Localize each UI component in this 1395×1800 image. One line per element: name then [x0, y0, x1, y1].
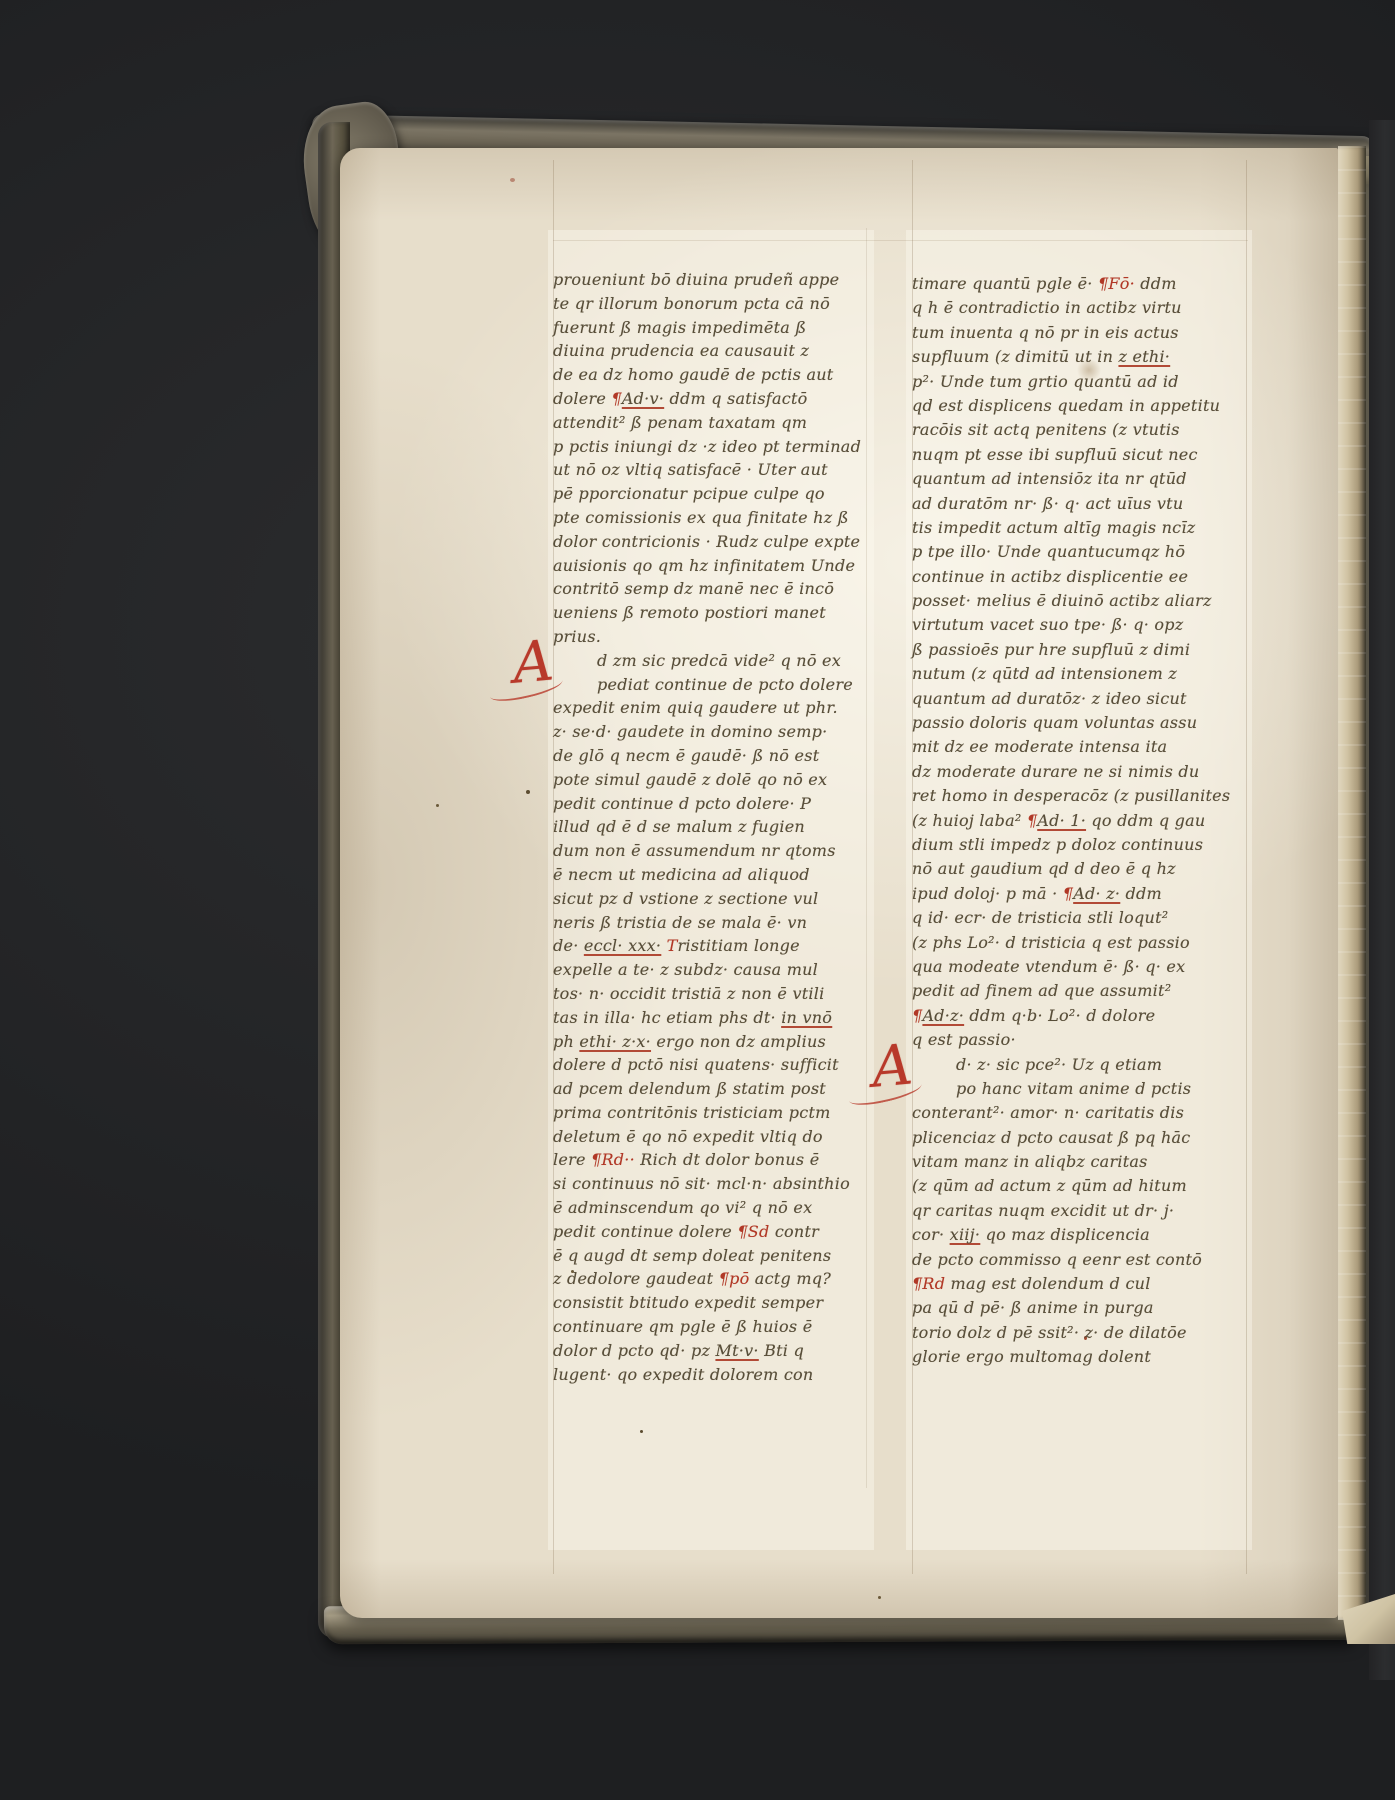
ink-text: actg mq?	[749, 1269, 831, 1288]
rubric-text: ¶	[1027, 811, 1037, 830]
ink-text: plicenciaz d pcto causat ß pq hāc	[912, 1128, 1191, 1147]
ink-text: pedit continue d pcto dolere· P	[553, 794, 811, 813]
text-line: pedit continue d pcto dolere· P	[553, 792, 873, 816]
text-line: pedit continue dolere ¶Sd contr	[553, 1220, 873, 1244]
text-line: d zm sic predcā vide² q nō ex	[553, 649, 873, 673]
ink-text: posset· melius ē diuinō actibz aliarz	[912, 591, 1212, 610]
ink-text: glorie ergo multomag dolent	[912, 1347, 1151, 1366]
text-line: illud qd ē d se malum z fugien	[553, 815, 873, 839]
ink-text: ddm q satisfactō	[664, 389, 807, 408]
text-line: dolere d pctō nisi quatens· sufficit	[553, 1053, 873, 1077]
text-line: pē pporcionatur pcipue culpe qo	[553, 482, 873, 506]
ink-text: eccl· xxx·	[584, 936, 661, 955]
text-line: auisionis qo qm hz infinitatem Unde	[553, 554, 873, 578]
ink-text: tum inuenta q nō pr in eis actus	[912, 323, 1179, 342]
speck	[526, 790, 530, 794]
text-line: conterant²· amor· n· caritatis dis	[912, 1101, 1252, 1125]
ink-text: q id· ecr· de tristicia stli loqut²	[912, 908, 1168, 927]
text-line: torio dolz d pē ssit²· z· de dilatōe	[912, 1321, 1252, 1345]
rubric-text: ¶	[611, 389, 621, 408]
ink-text: (z phs Lo²· d tristicia q est passio	[912, 933, 1190, 952]
text-line: mit dz ee moderate intensa ita	[912, 735, 1252, 759]
text-line: pedit ad finem ad que assumit²	[912, 979, 1252, 1003]
ink-text: p²· Unde tum grtio quantū ad id	[912, 372, 1179, 391]
text-line: qr caritas nuqm excidit ut dr· j·	[912, 1199, 1252, 1223]
rubric-text: T	[667, 936, 678, 955]
text-line: fuerunt ß magis impedimēta ß	[553, 316, 873, 340]
text-line: ad pcem delendum ß statim post	[553, 1077, 873, 1101]
ink-text: q est passio·	[912, 1030, 1016, 1049]
ink-text: z dedolore gaudeat	[553, 1269, 719, 1288]
text-line: proueniunt bō diuina prudeñ appe	[553, 268, 873, 292]
text-line: ret homo in desperacōz (z pusillanites	[912, 784, 1252, 808]
ink-text: (z qūm ad actum z qūm ad hitum	[912, 1176, 1187, 1195]
ink-text: z ethi·	[1118, 347, 1170, 366]
text-line: prima contritōnis tristiciam pctm	[553, 1101, 873, 1125]
ink-text: xiij·	[950, 1225, 981, 1244]
ink-text: ergo non dz amplius	[651, 1032, 826, 1051]
ink-text: Mt·v·	[715, 1341, 758, 1360]
ink-text: de·	[553, 936, 584, 955]
text-line: z· se·d· gaudete in domino semp·	[553, 720, 873, 744]
ink-text: lugent· qo expedit dolorem con	[553, 1365, 813, 1384]
text-line: dolere ¶Ad·v· ddm q satisfactō	[553, 387, 873, 411]
ink-text: dium stli impedz p doloz continuus	[912, 835, 1203, 854]
text-line: deletum ē qo nō expedit vltiq do	[553, 1125, 873, 1149]
ink-text: quantum ad duratōz· z ideo sicut	[912, 689, 1187, 708]
text-line: virtutum vacet suo tpe· ß· q· opz	[912, 613, 1252, 637]
ink-text: expedit enim quiq gaudere ut phr.	[553, 698, 838, 717]
ink-text: timare quantū pgle ē·	[912, 274, 1098, 293]
ink-text: de ea dz homo gaudē de pctis aut	[553, 365, 833, 384]
text-line: q est passio·	[912, 1028, 1252, 1052]
text-line: qua modeate vtendum ē· ß· q· ex	[912, 955, 1252, 979]
text-line: te qr illorum bonorum pcta cā nō	[553, 292, 873, 316]
text-line: si continuus nō sit· mcl·n· absinthio	[553, 1172, 873, 1196]
text-line: dium stli impedz p doloz continuus	[912, 833, 1252, 857]
ink-text: nō aut gaudium qd d deo ē q hz	[912, 859, 1176, 878]
text-line: cor· xiij· qo maz displicencia	[912, 1223, 1252, 1247]
ink-text: p tpe illo· Unde quantucumqz hō	[912, 542, 1185, 561]
ink-text: ipud doloj· p mā ·	[912, 884, 1063, 903]
ink-text: ddm q·b· Lo²· d dolore	[964, 1006, 1155, 1025]
text-line: quantum ad duratōz· z ideo sicut	[912, 687, 1252, 711]
ink-text: pa qū d pē· ß anime in purga	[912, 1298, 1154, 1317]
ink-text: ß passioēs pur hre supfluū z dimi	[912, 640, 1190, 659]
ink-text: passio doloris quam voluntas assu	[912, 713, 1197, 732]
ink-text: proueniunt bō diuina prudeñ appe	[553, 270, 839, 289]
rubric-text: ¶	[1063, 884, 1073, 903]
ink-text: continuare qm pgle ē ß huios ē	[553, 1317, 812, 1336]
ink-text: qua modeate vtendum ē· ß· q· ex	[912, 957, 1185, 976]
ink-text: deletum ē qo nō expedit vltiq do	[553, 1127, 823, 1146]
text-line: nuqm pt esse ibi supfluū sicut nec	[912, 443, 1252, 467]
ink-text: expelle a te· z subdz· causa mul	[553, 960, 818, 979]
ink-text: pē pporcionatur pcipue culpe qo	[553, 484, 825, 503]
text-line: diuina prudencia ea causauit z	[553, 339, 873, 363]
ink-text: lere	[553, 1150, 591, 1169]
ink-text: ē necm ut medicina ad aliquod	[553, 865, 810, 884]
ink-text: pote simul gaudē z dolē qo nō ex	[553, 770, 827, 789]
text-line: ueniens ß remoto postiori manet	[553, 601, 873, 625]
ink-text: dz moderate durare ne si nimis du	[912, 762, 1199, 781]
ink-text: tis impedit actum altīg magis ncīz	[912, 518, 1195, 537]
text-line: continuare qm pgle ē ß huios ē	[553, 1315, 873, 1339]
ink-text: nutum (z qūtd ad intensionem z	[912, 664, 1177, 683]
ink-text: contr	[770, 1222, 820, 1241]
ink-text: (z huioj laba²	[912, 811, 1027, 830]
text-line: tis impedit actum altīg magis ncīz	[912, 516, 1252, 540]
text-line: expelle a te· z subdz· causa mul	[553, 958, 873, 982]
text-line: (z phs Lo²· d tristicia q est passio	[912, 931, 1252, 955]
ink-text: vitam manz in aliqbz caritas	[912, 1152, 1148, 1171]
ink-text: z· se·d· gaudete in domino semp·	[553, 722, 827, 741]
text-line: prius.	[553, 625, 873, 649]
ink-text: qd est displicens quedam in appetitu	[912, 396, 1220, 415]
text-line: tos· n· occidit tristiā z non ē vtili	[553, 982, 873, 1006]
ink-text: ret homo in desperacōz (z pusillanites	[912, 786, 1230, 805]
text-line: d· z· sic pce²· Uz q etiam	[912, 1053, 1252, 1077]
ink-text: tos· n· occidit tristiā z non ē vtili	[553, 984, 825, 1003]
ink-text: pte comissionis ex qua finitate hz ß	[553, 508, 849, 527]
ink-text: Ad· 1·	[1037, 811, 1086, 830]
text-line: timare quantū pgle ē· ¶Fō· ddm	[912, 272, 1252, 296]
ink-text: supfluum (z dimitū ut in	[912, 347, 1118, 366]
text-line: passio doloris quam voluntas assu	[912, 711, 1252, 735]
text-line: vitam manz in aliqbz caritas	[912, 1150, 1252, 1174]
text-line: lugent· qo expedit dolorem con	[553, 1363, 873, 1387]
text-line: de ea dz homo gaudē de pctis aut	[553, 363, 873, 387]
ink-text: qo ddm q gau	[1086, 811, 1205, 830]
ink-text: de pcto commisso q eenr est contō	[912, 1250, 1202, 1269]
ink-text: illud qd ē d se malum z fugien	[553, 817, 805, 836]
photo-background: proueniunt bō diuina prudeñ appete qr il…	[0, 0, 1395, 1800]
text-line: tum inuenta q nō pr in eis actus	[912, 321, 1252, 345]
text-line: nō aut gaudium qd d deo ē q hz	[912, 857, 1252, 881]
ink-text: ut nō oz vltiq satisfacē · Uter aut	[553, 460, 828, 479]
text-line: de glō q necm ē gaudē· ß nō est	[553, 744, 873, 768]
text-column-1: proueniunt bō diuina prudeñ appete qr il…	[553, 268, 873, 1386]
ink-text: Rich dt dolor bonus ē	[635, 1150, 819, 1169]
ink-text: quantum ad intensiōz ita nr qtūd	[912, 469, 1187, 488]
book-block-shadow	[1369, 120, 1395, 1680]
ink-text: si continuus nō sit· mcl·n· absinthio	[553, 1174, 850, 1193]
ink-text: ddm	[1135, 274, 1177, 293]
text-line: de pcto commisso q eenr est contō	[912, 1248, 1252, 1272]
text-line: sicut pz d vstione z sectione vul	[553, 887, 873, 911]
text-line: de· eccl· xxx· Tristitiam longe	[553, 934, 873, 958]
rubric-text: ¶Sd	[737, 1222, 769, 1241]
text-line: dolor d pcto qd· pz Mt·v· Bti q	[553, 1339, 873, 1363]
ink-text: in vnō	[781, 1008, 832, 1027]
text-line: p tpe illo· Unde quantucumqz hō	[912, 540, 1252, 564]
text-line: ¶Rd mag est dolendum d cul	[912, 1272, 1252, 1296]
ink-text: dolor contricionis · Rudz culpe expte	[553, 532, 860, 551]
ink-text: prima contritōnis tristiciam pctm	[553, 1103, 831, 1122]
text-line: continue in actibz displicentie ee	[912, 565, 1252, 589]
ink-text: Ad·z·	[922, 1006, 964, 1025]
text-line: ipud doloj· p mā · ¶Ad· z· ddm	[912, 882, 1252, 906]
text-line: attendit² ß penam taxatam qm	[553, 411, 873, 435]
ink-text: d· z· sic pce²· Uz q etiam	[956, 1055, 1162, 1074]
text-line: ē q augd dt semp doleat penitens	[553, 1244, 873, 1268]
ink-text: qo maz displicencia	[980, 1225, 1150, 1244]
ink-text: pedit continue dolere	[553, 1222, 737, 1241]
text-column-2: timare quantū pgle ē· ¶Fō· ddmq h ē cont…	[912, 272, 1252, 1370]
ink-text: Ad· z·	[1073, 884, 1120, 903]
ink-text: q h ē contradictio in actibz virtu	[912, 298, 1182, 317]
speck	[436, 804, 439, 807]
ink-text: ph	[553, 1032, 579, 1051]
text-line: ut nō oz vltiq satisfacē · Uter aut	[553, 458, 873, 482]
text-line: ē necm ut medicina ad aliquod	[553, 863, 873, 887]
ink-text: ueniens ß remoto postiori manet	[553, 603, 826, 622]
ink-text: ad duratōm nr· ß· q· act uīus vtu	[912, 494, 1183, 513]
text-line: pte comissionis ex qua finitate hz ß	[553, 506, 873, 530]
ink-text: dolere d pctō nisi quatens· sufficit	[553, 1055, 839, 1074]
text-line: ph ethi· z·x· ergo non dz amplius	[553, 1030, 873, 1054]
text-line: pediat continue de pcto dolere	[553, 673, 873, 697]
ink-text: pediat continue de pcto dolere	[597, 675, 853, 694]
text-line: po hanc vitam anime d pctis	[912, 1077, 1252, 1101]
rubric-text: ¶	[912, 1006, 922, 1025]
rubric-text: ¶Rd	[912, 1274, 945, 1293]
ink-text: tas in illa· hc etiam phs dt·	[553, 1008, 781, 1027]
ink-text: conterant²· amor· n· caritatis dis	[912, 1103, 1184, 1122]
red-speck	[510, 178, 515, 182]
ink-text: dolere	[553, 389, 611, 408]
text-line: racōis sit actq penitens (z vtutis	[912, 418, 1252, 442]
ink-text: dum non ē assumendum nr qtoms	[553, 841, 836, 860]
text-line: quantum ad intensiōz ita nr qtūd	[912, 467, 1252, 491]
text-line: (z huioj laba² ¶Ad· 1· qo ddm q gau	[912, 809, 1252, 833]
rubric-initial: A	[870, 1041, 915, 1092]
text-line: z dedolore gaudeat ¶pō actg mq?	[553, 1267, 873, 1291]
ink-text: ē q augd dt semp doleat penitens	[553, 1246, 831, 1265]
ink-text: te qr illorum bonorum pcta cā nō	[553, 294, 830, 313]
rubric-text: ¶Fō·	[1098, 274, 1135, 293]
text-line: dz moderate durare ne si nimis du	[912, 760, 1252, 784]
text-line: qd est displicens quedam in appetitu	[912, 394, 1252, 418]
ink-text: virtutum vacet suo tpe· ß· q· opz	[912, 615, 1183, 634]
ink-text: nuqm pt esse ibi supfluū sicut nec	[912, 445, 1198, 464]
ink-text: pedit ad finem ad que assumit²	[912, 981, 1171, 1000]
text-line: consistit btitudo expedit semper	[553, 1291, 873, 1315]
text-line: posset· melius ē diuinō actibz aliarz	[912, 589, 1252, 613]
page-gutter-fold	[1338, 146, 1366, 1620]
text-line: dum non ē assumendum nr qtoms	[553, 839, 873, 863]
ink-text: racōis sit actq penitens (z vtutis	[912, 420, 1180, 439]
rubric-initial: A	[511, 637, 556, 688]
ink-text: Bti q	[759, 1341, 804, 1360]
ink-text: consistit btitudo expedit semper	[553, 1293, 823, 1312]
speck	[878, 1596, 881, 1599]
text-line: p pctis iniungi dz ·z ideo pt terminad	[553, 435, 873, 459]
text-line: neris ß tristia de se mala ē· vn	[553, 911, 873, 935]
text-line: lere ¶Rd·· Rich dt dolor bonus ē	[553, 1148, 873, 1172]
text-line: (z qūm ad actum z qūm ad hitum	[912, 1174, 1252, 1198]
ink-text: fuerunt ß magis impedimēta ß	[553, 318, 806, 337]
text-line: q h ē contradictio in actibz virtu	[912, 296, 1252, 320]
text-line: dolor contricionis · Rudz culpe expte	[553, 530, 873, 554]
ink-text: cor·	[912, 1225, 950, 1244]
ink-text: sicut pz d vstione z sectione vul	[553, 889, 818, 908]
text-line: ad duratōm nr· ß· q· act uīus vtu	[912, 492, 1252, 516]
text-line: ß passioēs pur hre supfluū z dimi	[912, 638, 1252, 662]
ink-text: continue in actibz displicentie ee	[912, 567, 1188, 586]
ink-text: ethi· z·x·	[579, 1032, 651, 1051]
ink-text: auisionis qo qm hz infinitatem Unde	[553, 556, 855, 575]
text-line: pa qū d pē· ß anime in purga	[912, 1296, 1252, 1320]
ink-text: d zm sic predcā vide² q nō ex	[597, 651, 841, 670]
text-line: pote simul gaudē z dolē qo nō ex	[553, 768, 873, 792]
text-line: tas in illa· hc etiam phs dt· in vnō	[553, 1006, 873, 1030]
ink-text: p pctis iniungi dz ·z ideo pt terminad	[553, 437, 861, 456]
ink-text: Ad·v·	[622, 389, 664, 408]
rubric-text: ¶pō	[719, 1269, 750, 1288]
speck	[640, 1430, 643, 1433]
text-line: glorie ergo multomag dolent	[912, 1345, 1252, 1369]
text-line: ¶Ad·z· ddm q·b· Lo²· d dolore	[912, 1004, 1252, 1028]
text-line: p²· Unde tum grtio quantū ad id	[912, 370, 1252, 394]
ink-text: po hanc vitam anime d pctis	[956, 1079, 1191, 1098]
ink-text: qr caritas nuqm excidit ut dr· j·	[912, 1201, 1174, 1220]
ink-text: dolor d pcto qd· pz	[553, 1341, 715, 1360]
ink-text: attendit² ß penam taxatam qm	[553, 413, 807, 432]
ink-text: neris ß tristia de se mala ē· vn	[553, 913, 807, 932]
ruling-line	[553, 240, 1248, 241]
ink-text: ad pcem delendum ß statim post	[553, 1079, 826, 1098]
ink-text: ē adminscendum qo vi² q nō ex	[553, 1198, 812, 1217]
text-line: plicenciaz d pcto causat ß pq hāc	[912, 1126, 1252, 1150]
ink-text: diuina prudencia ea causauit z	[553, 341, 809, 360]
ink-text: ristitiam longe	[678, 936, 800, 955]
text-line: nutum (z qūtd ad intensionem z	[912, 662, 1252, 686]
ink-text: mit dz ee moderate intensa ita	[912, 737, 1167, 756]
text-line: ē adminscendum qo vi² q nō ex	[553, 1196, 873, 1220]
text-line: contritō semp dz manē nec ē incō	[553, 577, 873, 601]
text-line: expedit enim quiq gaudere ut phr.	[553, 696, 873, 720]
text-line: q id· ecr· de tristicia stli loqut²	[912, 906, 1252, 930]
rubric-text: ¶Rd··	[591, 1150, 635, 1169]
ink-text: ddm	[1120, 884, 1162, 903]
ink-text: prius.	[553, 627, 601, 646]
ink-text: de glō q necm ē gaudē· ß nō est	[553, 746, 819, 765]
ink-text: torio dolz d pē ssit²· z· de dilatōe	[912, 1323, 1187, 1342]
text-line: supfluum (z dimitū ut in z ethi·	[912, 345, 1252, 369]
ink-text: contritō semp dz manē nec ē incō	[553, 579, 834, 598]
ink-text: mag est dolendum d cul	[945, 1274, 1150, 1293]
